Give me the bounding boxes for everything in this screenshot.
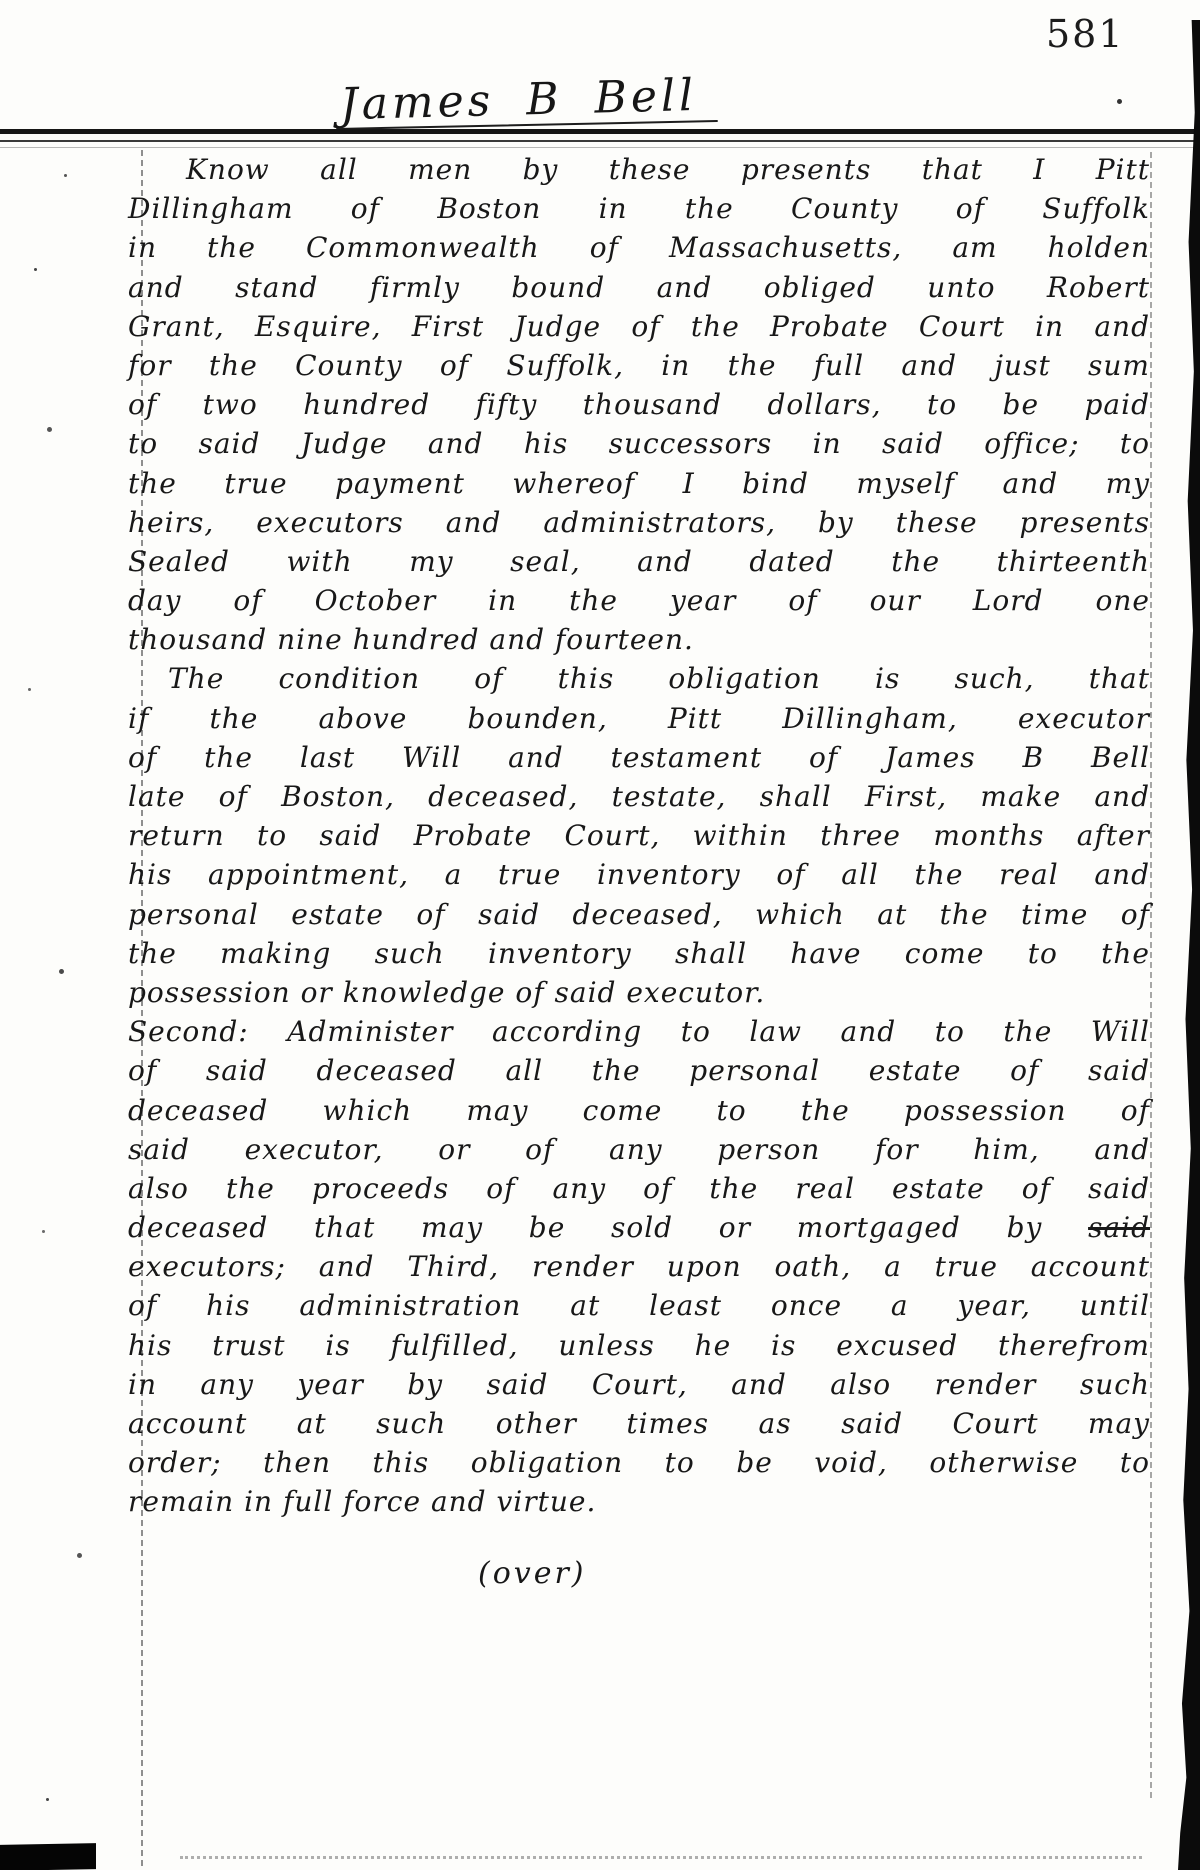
document-line: of his administration at least once a ye…: [128, 1286, 1150, 1325]
header-rule-light: [0, 140, 1200, 142]
document-line: executors; and Third, render upon oath, …: [128, 1247, 1150, 1286]
header-rule-heavy: [0, 129, 1200, 134]
document-page: 581 James B Bell Know all men by these p…: [0, 0, 1200, 1870]
document-line: account at such other times as said Cour…: [128, 1404, 1150, 1443]
document-line: also the proceeds of any of the real est…: [128, 1169, 1150, 1208]
torn-page-edge-bottom-left: [0, 1843, 96, 1870]
document-line: Know all men by these presents that I Pi…: [128, 150, 1150, 189]
document-line: heirs, executors and administrators, by …: [128, 503, 1150, 542]
document-line: Dillingham of Boston in the County of Su…: [128, 189, 1150, 228]
document-line: remain in full force and virtue.: [128, 1482, 1150, 1521]
document-line: said executor, or of any person for him,…: [128, 1130, 1150, 1169]
document-line: of the last Will and testament of James …: [128, 738, 1150, 777]
document-line: deceased which may come to the possessio…: [128, 1091, 1150, 1130]
document-line: in any year by said Court, and also rend…: [128, 1365, 1150, 1404]
document-line: Second: Administer according to law and …: [128, 1012, 1150, 1051]
document-line: possession or knowledge of said executor…: [128, 973, 1150, 1012]
document-line: of two hundred fifty thousand dollars, t…: [128, 385, 1150, 424]
document-line: thousand nine hundred and fourteen.: [128, 620, 1150, 659]
document-line: to said Judge and his successors in said…: [128, 424, 1150, 463]
page-number: 581: [1046, 12, 1125, 56]
document-line: his trust is fulfilled, unless he is exc…: [128, 1326, 1150, 1365]
line-text: deceased that may be sold or mortgaged b…: [128, 1211, 1042, 1244]
struck-out-word: said: [1088, 1211, 1150, 1244]
document-line: personal estate of said deceased, which …: [128, 895, 1150, 934]
document-line: for the County of Suffolk, in the full a…: [128, 346, 1150, 385]
document-line: order; then this obligation to be void, …: [128, 1443, 1150, 1482]
document-line: day of October in the year of our Lord o…: [128, 581, 1150, 620]
document-line: if the above bounden, Pitt Dillingham, e…: [128, 699, 1150, 738]
paper-specks: [34, 268, 37, 271]
document-line: Sealed with my seal, and dated the thirt…: [128, 542, 1150, 581]
document-line: the making such inventory shall have com…: [128, 934, 1150, 973]
header-rule-faint: [0, 147, 1200, 148]
document-line: in the Commonwealth of Massachusetts, am…: [128, 228, 1150, 267]
document-line: late of Boston, deceased, testate, shall…: [128, 777, 1150, 816]
document-line: The condition of this obligation is such…: [128, 659, 1150, 698]
handwritten-text: Know all men by these presents that I Pi…: [128, 150, 1150, 1522]
torn-page-edge-right: [1178, 20, 1200, 1870]
document-line: of said deceased all the personal estate…: [128, 1051, 1150, 1090]
document-line: Grant, Esquire, First Judge of the Proba…: [128, 307, 1150, 346]
document-line: the true payment whereof I bind myself a…: [128, 464, 1150, 503]
document-line: and stand firmly bound and obliged unto …: [128, 268, 1150, 307]
right-margin-rule: [1150, 152, 1152, 1798]
document-line-with-strikethrough: deceased that may be sold or mortgaged b…: [128, 1208, 1150, 1247]
bottom-edge-dotted-line: [180, 1856, 1142, 1859]
over-note: (over): [478, 1556, 587, 1591]
document-line: return to said Probate Court, within thr…: [128, 816, 1150, 855]
document-line: his appointment, a true inventory of all…: [128, 855, 1150, 894]
